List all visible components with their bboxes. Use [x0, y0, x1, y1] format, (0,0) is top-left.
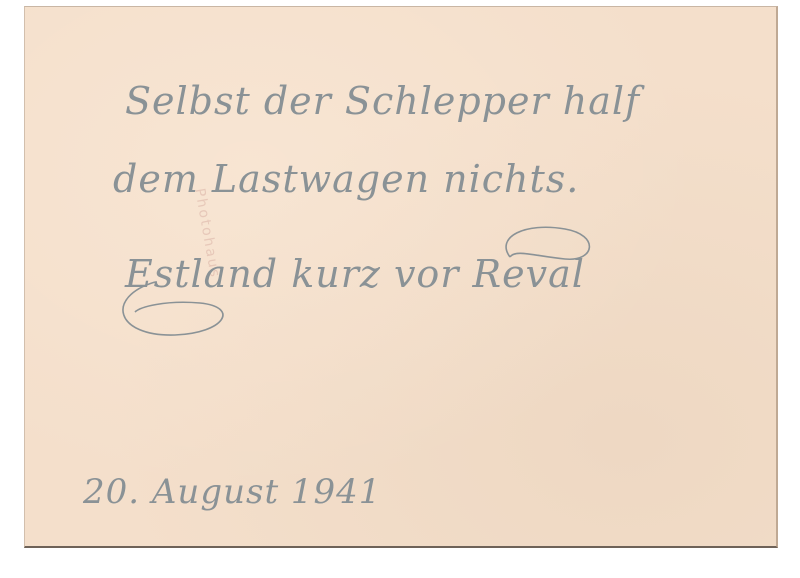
date-text: 20. August 1941 [83, 472, 381, 512]
caption-line-3: Estland kurz vor Reval [125, 252, 585, 296]
caption-line-2: dem Lastwagen nichts. [113, 157, 579, 201]
photo-card-back: Photohaus Selbst der Schlepper half dem … [24, 6, 778, 548]
caption-line-1: Selbst der Schlepper half [125, 79, 640, 123]
